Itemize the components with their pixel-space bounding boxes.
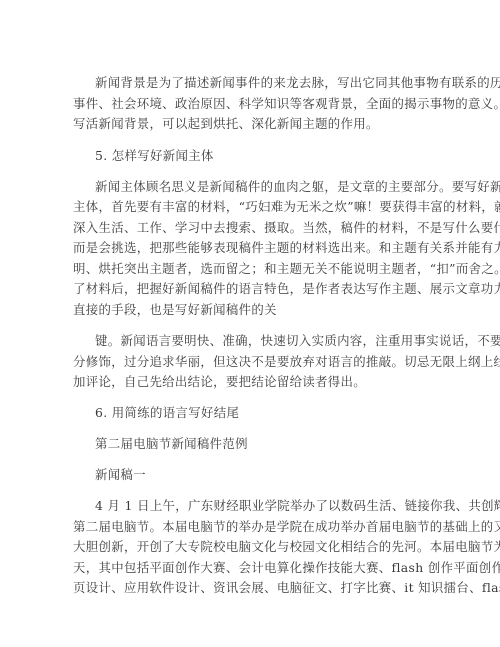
text-line: 天，其中包括平面创作大赛、会计电算化操作技能大赛、flash 创作平面创作、网 [73, 560, 433, 576]
text-line: 直接的手段，也是写好新闻稿件的关 [73, 302, 433, 318]
text-line: 键。新闻语言要明快、准确，快速切入实质内容，注重用事实说话，不要过 [95, 333, 455, 349]
text-line: 写活新闻背景，可以起到烘托、深化新闻主题的作用。 [73, 116, 433, 132]
text-line: 新闻背景是为了描述新闻事件的来龙去脉，写出它同其他事物有联系的历史 [95, 75, 455, 91]
section-heading: 5. 怎样写好新闻主体 [95, 148, 455, 164]
draft-label: 新闻稿一 [95, 467, 455, 483]
text-line: 分修饰，过分追求华丽，但这决不是要放弃对语言的推敲。切忌无限上纲上线、大 [73, 354, 433, 370]
text-line: 事件、社会环境、政治原因、科学知识等客观背景，全面的揭示事物的意义。写好 [73, 96, 433, 112]
text-line: 加评论，自己先给出结论，要把结论留给读者得出。 [73, 374, 433, 390]
text-line: 4 月 1 日上午，广东财经职业学院举办了以数码生活、链接你我、共创辉煌 [95, 498, 455, 514]
text-line: 大胆创新，开创了大专院校电脑文化与校园文化相结合的先河。本届电脑节为期六 [73, 539, 433, 555]
text-line: 而是会挑选，把那些能够表现稿件主题的材料选出来。和主题有关系并能有力地说 [73, 240, 433, 256]
text-line: 页设计、应用软件设计、资讯会展、电脑征文、打字比赛、it 知识擂台、flash … [73, 580, 433, 596]
text-line: 了材料后，把握好新闻稿件的语言特色，是作者表达写作主题、展示文章功力的最 [73, 281, 433, 297]
section-heading: 6. 用简练的语言写好结尾 [95, 405, 455, 421]
text-line: 明、烘托突出主题者，选而留之；和主题无关不能说明主题者，“扣”而舍之。有 [73, 261, 433, 277]
text-line: 深入生活、工作、学习中去搜索、摄取。当然，稿件的材料，不是写什么要什么， [73, 220, 433, 236]
example-title: 第二届电脑节新闻稿件范例 [95, 436, 455, 452]
text-line: 主体，首先要有丰富的材料，“巧妇难为无米之炊”嘛！要获得丰富的材料，就要 [73, 199, 433, 215]
text-line: 第二届电脑节。本届电脑节的举办是学院在成功举办首届电脑节的基础上的又一次 [73, 519, 433, 535]
document-page: 新闻背景是为了描述新闻事件的来龙去脉，写出它同其他事物有联系的历史 事件、社会环… [0, 0, 500, 647]
text-line: 新闻主体顾名思义是新闻稿件的血肉之躯，是文章的主要部分。要写好新闻 [95, 179, 455, 195]
